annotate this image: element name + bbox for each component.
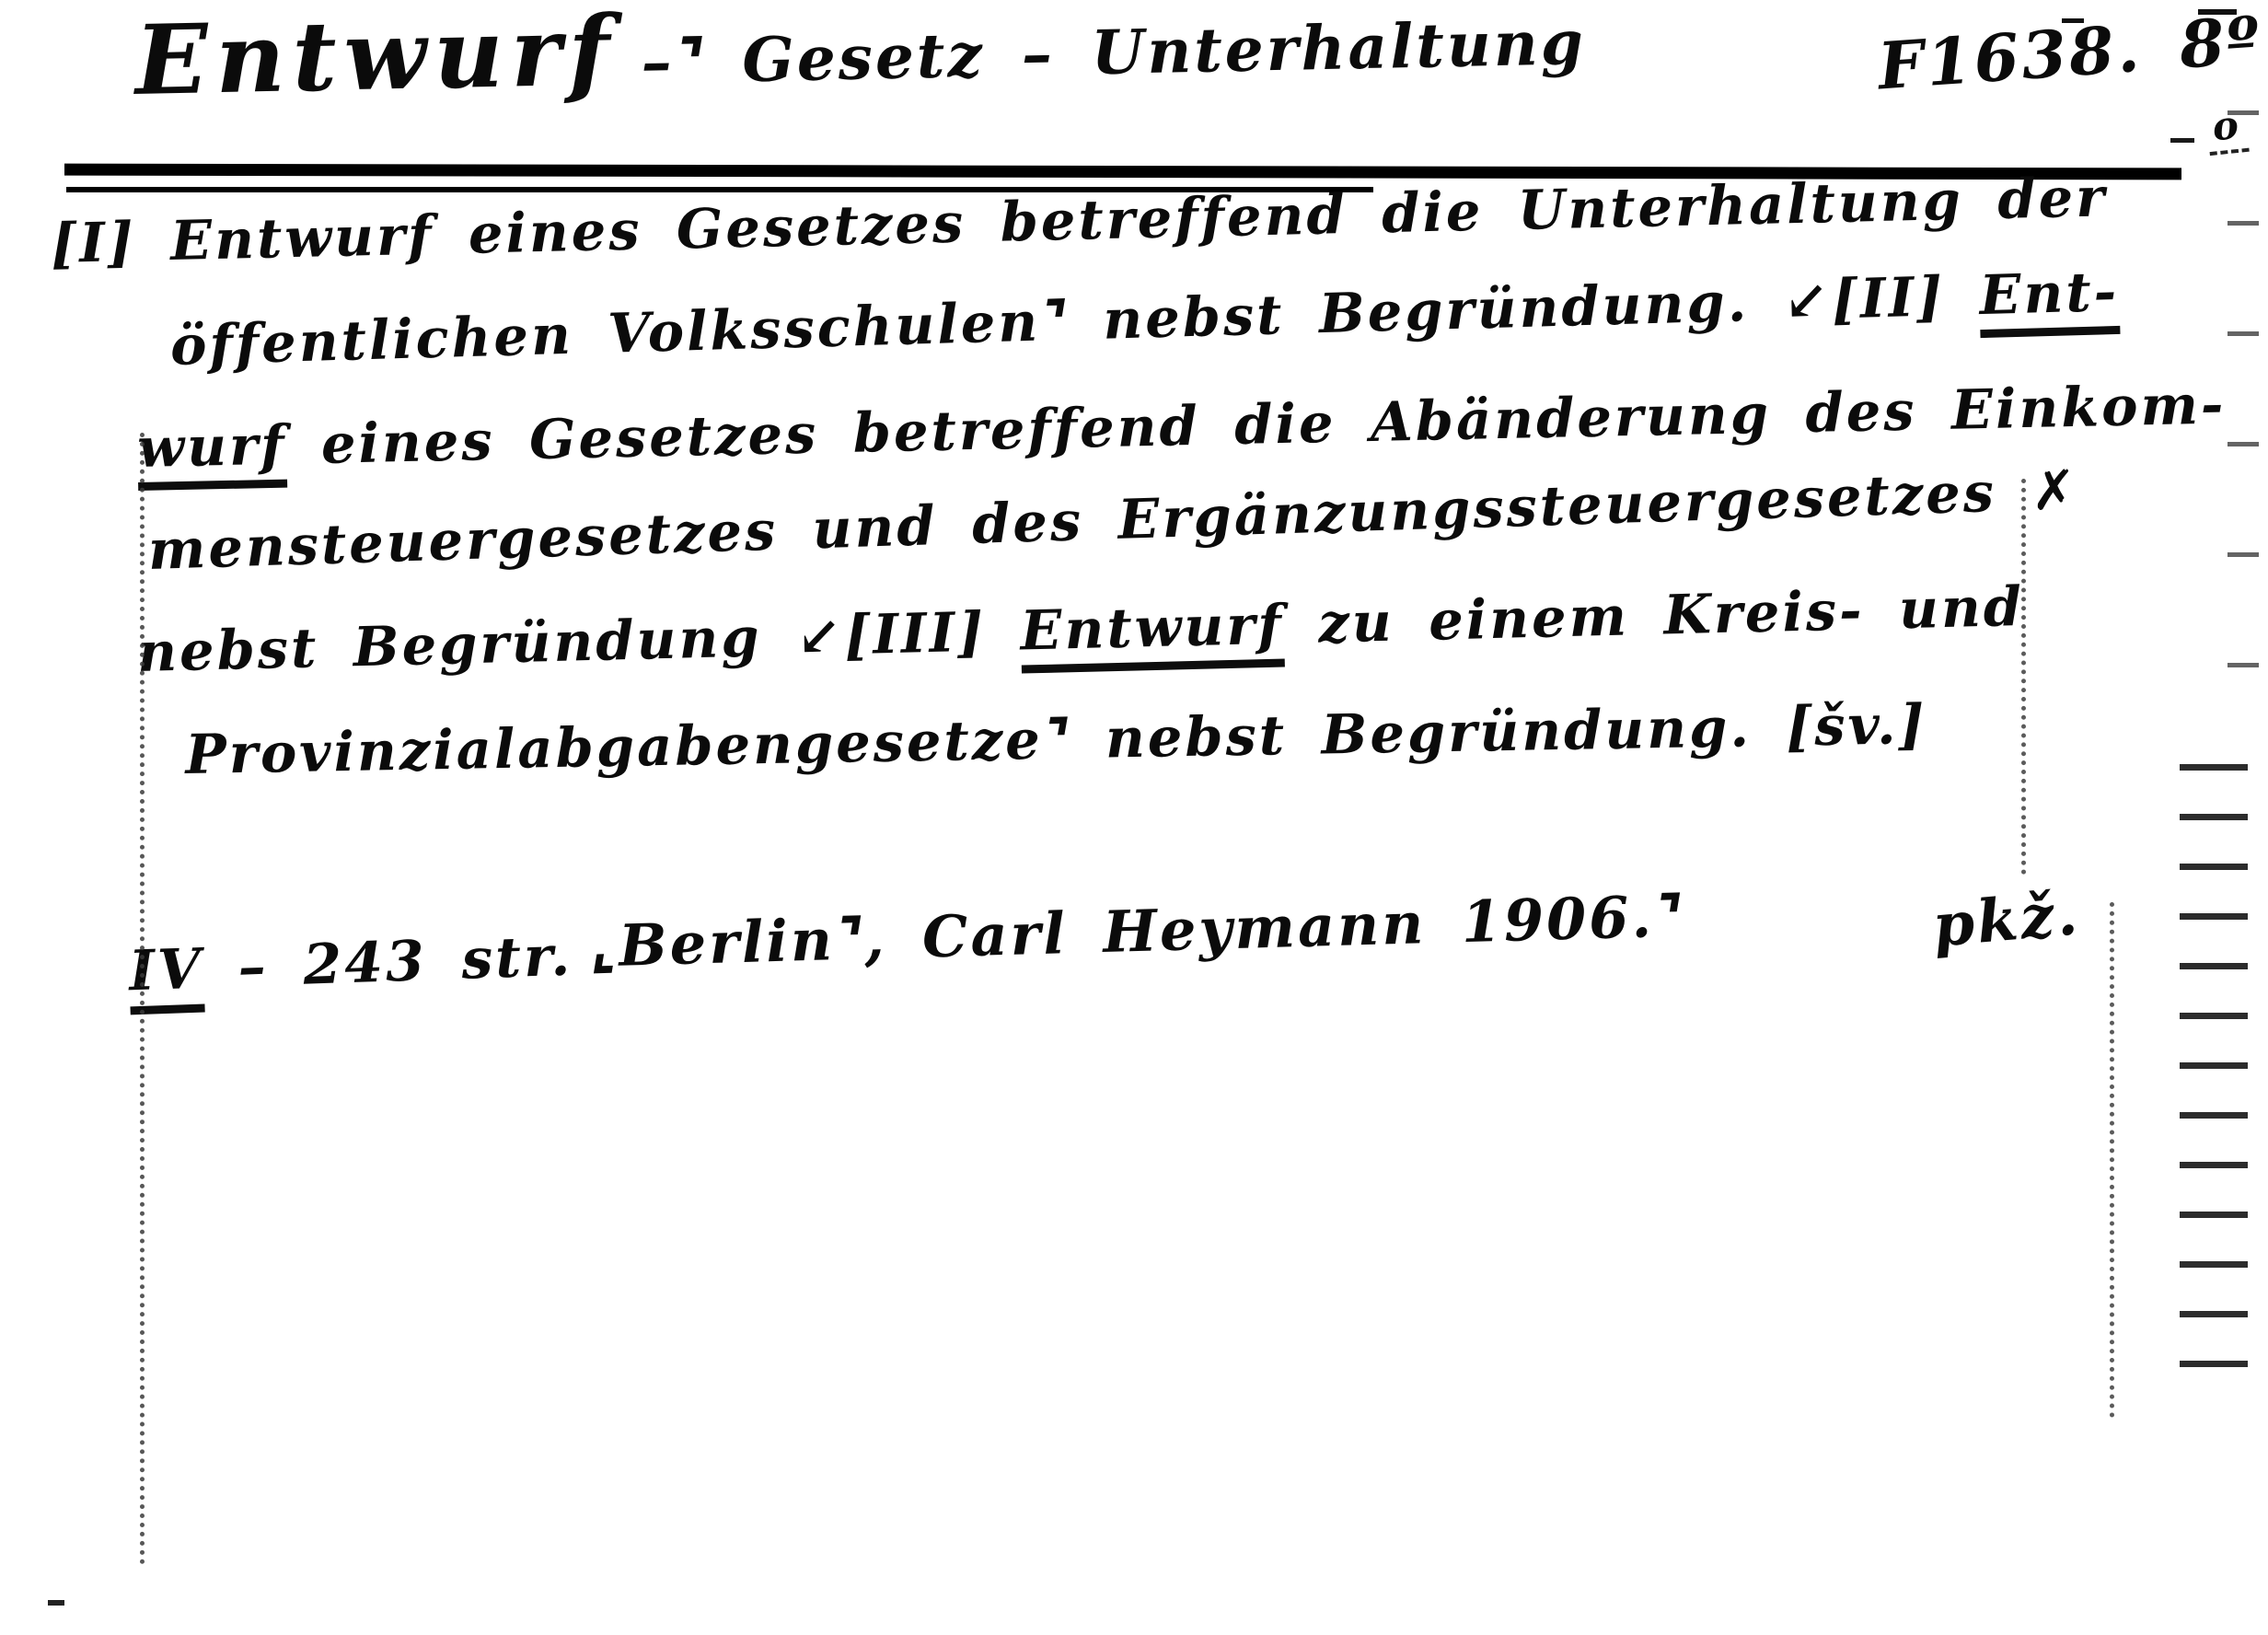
scan-artifact-speck: [2062, 18, 2084, 23]
scan-artifact-right-edge-marks: [2227, 110, 2259, 736]
cataloger-mark: pkž.: [1930, 879, 2083, 961]
line5-post: zu einem Kreis- und: [1283, 574, 2025, 656]
catalog-card: Entwurf –⌝ Gesetz – Unterhaltung F1638. …: [0, 0, 2268, 1635]
volume-extent: IV – 243 str.: [128, 924, 573, 1004]
title-subject-words: –⌝ Gesetz – Unterhaltung: [641, 6, 1587, 98]
line4-text: mensteuergesetzes und des Ergänzungssteu…: [147, 458, 2080, 582]
scan-artifact-right-dash-column: [2180, 764, 2248, 1399]
line2-underlined: Ent-: [1979, 260, 2121, 338]
extent-text: – 243 str.: [202, 924, 574, 1002]
line1-text: [I] Entwurf eines Gesetzes betreffend di…: [50, 165, 2108, 275]
scan-artifact-right-dotted-line-upper: [2021, 479, 2026, 875]
body-line-2: öffentlichen Volksschulen⌝ nebst Begründ…: [169, 260, 2120, 377]
title-main-word: Entwurf: [133, 0, 618, 117]
line3-post: eines Gesetzes betreffend die Abänderung…: [286, 372, 2227, 476]
shelfmark: F1638. 8º: [1876, 2, 2265, 105]
line2-pre: öffentlichen Volksschulen⌝ nebst Begründ…: [169, 263, 1980, 377]
scan-artifact-left-dotted-line: [140, 433, 145, 1565]
line5-pre: nebst Begründung ↙[III]: [136, 599, 1021, 684]
body-line-5: nebst Begründung ↙[III] Entwurf zu einem…: [136, 574, 2024, 684]
body-line-1: [I] Entwurf eines Gesetzes betreffend di…: [50, 165, 2108, 275]
line5-underlined: Entwurf: [1020, 593, 1285, 674]
scan-artifact-dash: [2170, 138, 2194, 143]
card-title: Entwurf –⌝ Gesetz – Unterhaltung: [133, 0, 1586, 117]
line6-text: Provinzialabgabengesetze⌝ nebst Begründu…: [185, 692, 1927, 786]
scan-artifact-speck: [2198, 9, 2237, 15]
body-line-6: Provinzialabgabengesetze⌝ nebst Begründu…: [185, 692, 1927, 786]
imprint: ⌞Berlin⌝, Carl Heymann 1906.⌝: [588, 882, 1684, 980]
scan-artifact-speck: [48, 1600, 64, 1606]
scan-artifact-right-dotted-line-lower: [2110, 902, 2114, 1418]
line3-underlined: wurf: [137, 413, 288, 491]
body-line-4: mensteuergesetzes und des Ergänzungssteu…: [147, 458, 2080, 582]
